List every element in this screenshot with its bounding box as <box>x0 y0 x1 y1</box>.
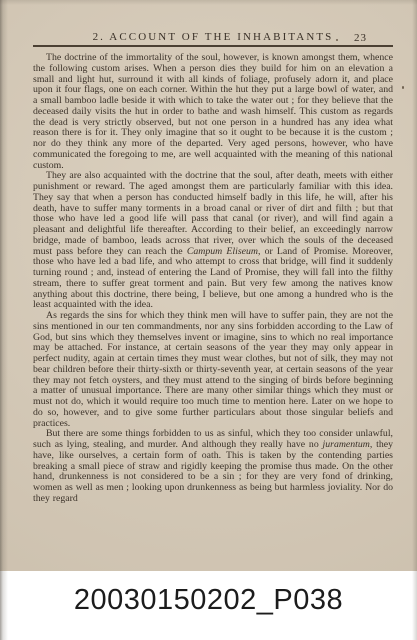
catalog-label: 20030150202_P038 <box>74 584 343 617</box>
page-body: The doctrine of the immortality of the s… <box>33 53 393 505</box>
text-segment: The doctrine of the immortality of the s… <box>33 52 393 171</box>
italic-phrase: juramentum <box>323 439 370 450</box>
paragraph: But there are some things forbidden to u… <box>33 429 393 504</box>
text-segment: They are also acquainted with the doctri… <box>33 170 393 256</box>
header-rule <box>33 45 393 47</box>
text-segment: As regards the sins for which they think… <box>33 310 393 429</box>
page-number: 23 <box>354 32 367 44</box>
chapter-title: 2. ACCOUNT OF THE INHABITANTS <box>33 31 393 43</box>
paragraph: They are also acquainted with the doctri… <box>33 171 393 311</box>
paragraph: The doctrine of the immortality of the s… <box>33 53 393 171</box>
scan-speck <box>336 39 338 41</box>
italic-phrase: Campum Eliseum <box>187 246 258 257</box>
scan-speck <box>402 86 404 89</box>
book-page-paper: 2. ACCOUNT OF THE INHABITANTS 23 The doc… <box>0 0 417 571</box>
scanned-page: 2. ACCOUNT OF THE INHABITANTS 23 The doc… <box>0 0 417 640</box>
paragraph: As regards the sins for which they think… <box>33 311 393 429</box>
catalog-label-strip: 20030150202_P038 <box>0 571 417 640</box>
